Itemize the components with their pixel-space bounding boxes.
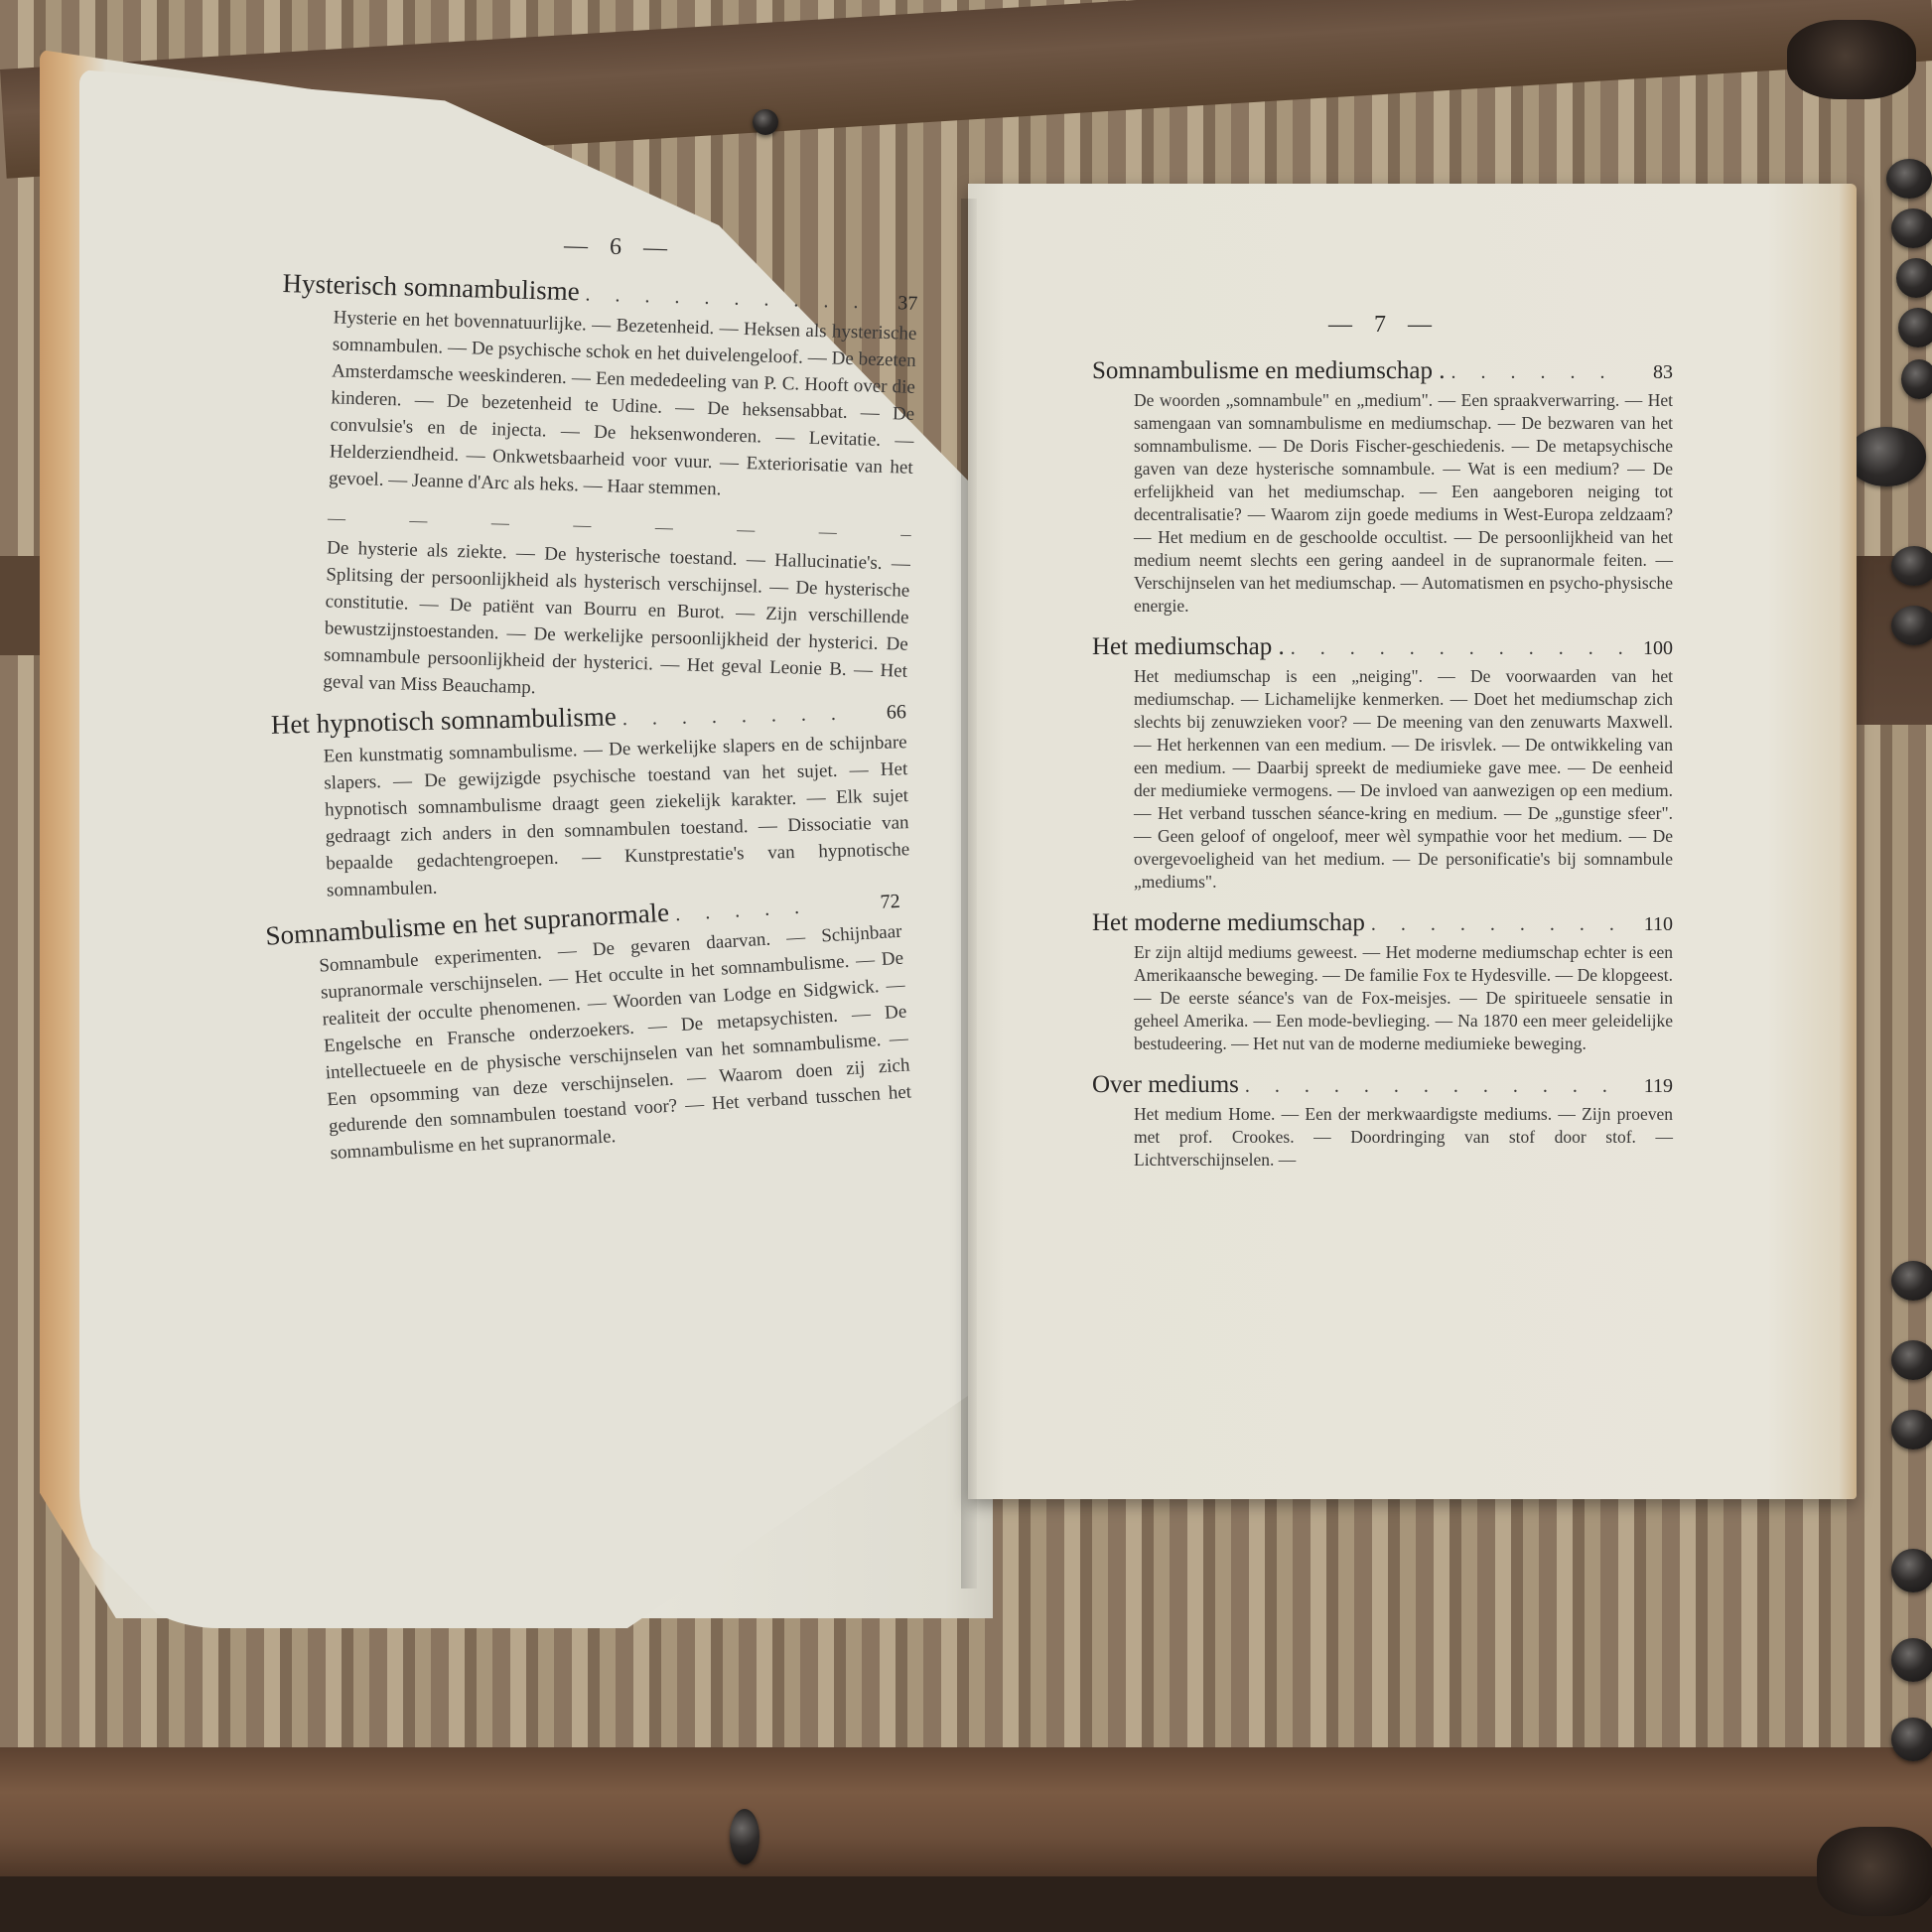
toc-entry: Hysterisch somnambulisme . . . . . . . .… — [271, 268, 918, 712]
rivet-icon — [1901, 359, 1932, 399]
rivet-icon — [1886, 159, 1932, 199]
toc-leader-dots: . . . . . . . — [1451, 361, 1627, 384]
toc-summary: Somnambule experimenten. — De gevaren da… — [267, 918, 914, 1171]
rivet-icon — [1891, 606, 1932, 645]
rivet-icon — [1891, 1340, 1932, 1380]
page-number-6: — 6 — — [564, 233, 676, 263]
toc-heading: Het moderne mediumschap — [1092, 909, 1365, 937]
toc-heading-row: Somnambulisme en mediumschap . . . . . .… — [1092, 357, 1673, 385]
rivet-icon — [1891, 208, 1932, 248]
right-table-of-contents: Somnambulisme en mediumschap . . . . . .… — [1092, 357, 1673, 1187]
toc-leader-dots: . . . . . . . . . . . . . — [1291, 637, 1627, 660]
rivet-icon — [1898, 308, 1932, 347]
rivet-icon — [1891, 1549, 1932, 1592]
toc-page-number: 66 — [867, 701, 907, 725]
rivet-icon — [1891, 1261, 1932, 1301]
toc-entry: Over mediums . . . . . . . . . . . . . .… — [1092, 1071, 1673, 1172]
rivet-icon — [1847, 427, 1926, 486]
rivet-icon — [1891, 546, 1932, 586]
toc-heading-row: Het moderne mediumschap . . . . . . . . … — [1092, 909, 1673, 937]
toc-page-number: 83 — [1633, 361, 1673, 384]
iron-handle-bottom-right — [1817, 1827, 1932, 1916]
rivet-icon — [1891, 1718, 1932, 1761]
toc-heading: Het hypnotisch somnambulisme — [271, 701, 618, 740]
toc-summary: De hysterie als ziekte. — De hysterische… — [271, 533, 910, 712]
toc-entry: Somnambulisme en het supranormale . . . … — [265, 884, 914, 1171]
toc-summary: De woorden „somnambule" en „medium". — E… — [1092, 389, 1673, 618]
toc-summary: Het medium Home. — Een der merkwaardigst… — [1092, 1103, 1673, 1172]
toc-heading-row: Het mediumschap . . . . . . . . . . . . … — [1092, 633, 1673, 661]
rivet-icon — [753, 109, 778, 135]
toc-summary: Een kunstmatig somnambulisme. — De werke… — [271, 729, 910, 905]
toc-page-number: 100 — [1633, 637, 1673, 660]
rivet-icon — [730, 1809, 759, 1864]
left-table-of-contents: Hysterisch somnambulisme . . . . . . . .… — [257, 268, 918, 1204]
toc-entry: Het mediumschap . . . . . . . . . . . . … — [1092, 633, 1673, 894]
rivet-icon — [1896, 258, 1932, 298]
toc-heading-row: Over mediums . . . . . . . . . . . . . .… — [1092, 1071, 1673, 1099]
iron-handle-top-right — [1787, 20, 1916, 99]
toc-leader-dots: . . . . . . . . . . . . . . . — [1245, 1075, 1627, 1098]
toc-entry: Somnambulisme en mediumschap . . . . . .… — [1092, 357, 1673, 618]
toc-heading: Over mediums — [1092, 1071, 1239, 1099]
toc-leader-dots: . . . . . . . . . — [1371, 913, 1627, 936]
toc-page-number: 119 — [1633, 1075, 1673, 1098]
rivet-icon — [1891, 1638, 1932, 1682]
trunk-shadow — [0, 1876, 1932, 1932]
toc-summary: Er zijn altijd mediums geweest. — Het mo… — [1092, 941, 1673, 1055]
toc-summary: Het mediumschap is een „neiging". — De v… — [1092, 665, 1673, 894]
toc-page-number: 37 — [878, 292, 918, 316]
toc-heading: Somnambulisme en mediumschap . — [1092, 357, 1446, 385]
toc-leader-dots: . . . . . . . . — [622, 702, 862, 731]
page-number-7: — 7 — — [1328, 312, 1440, 339]
toc-page-number: 110 — [1633, 913, 1673, 936]
toc-summary: Hysterie en het bovennatuurlijke. — Beze… — [277, 303, 917, 508]
wooden-slat-bottom — [0, 1747, 1932, 1876]
toc-heading: Het mediumschap . — [1092, 633, 1285, 661]
rivet-icon — [1891, 1410, 1932, 1449]
toc-leader-dots: . . . . . . . . . . . — [585, 284, 872, 315]
toc-entry: Het hypnotisch somnambulisme . . . . . .… — [271, 694, 911, 905]
toc-page-number: 72 — [860, 891, 900, 915]
toc-entry: Het moderne mediumschap . . . . . . . . … — [1092, 909, 1673, 1055]
book-gutter — [961, 199, 977, 1588]
